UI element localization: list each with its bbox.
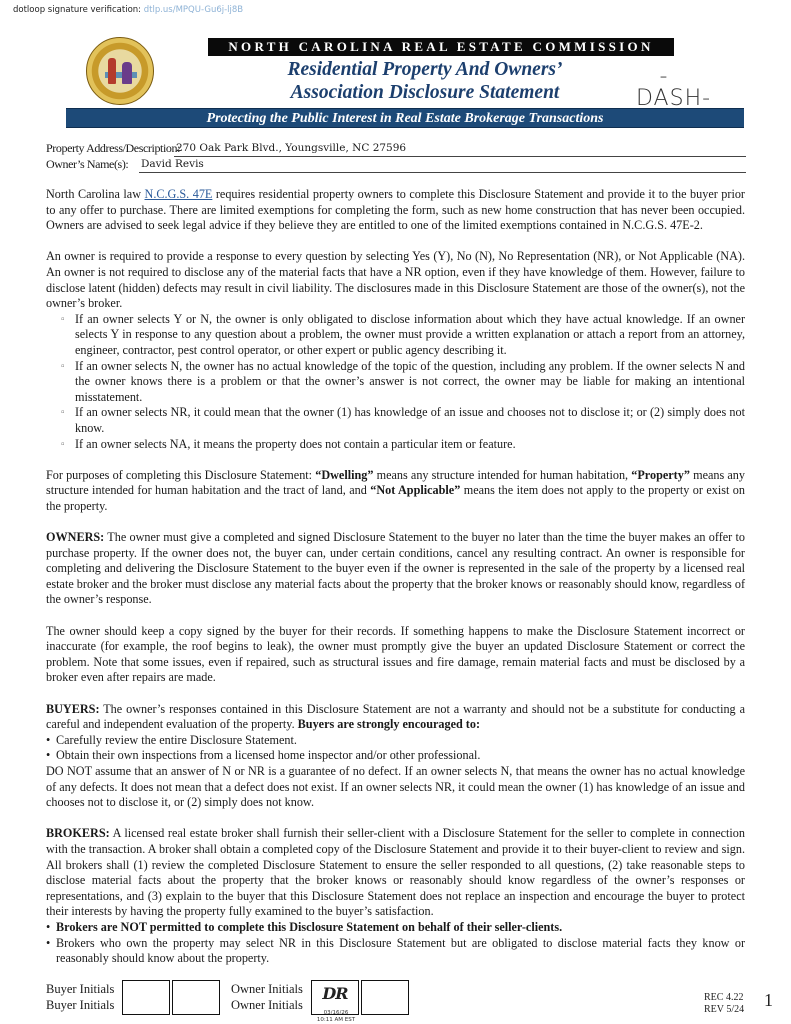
buyers-list: Carefully review the entire Disclosure S… xyxy=(46,733,745,764)
response-instructions: An owner is required to provide a respon… xyxy=(46,249,745,311)
list-item: If an owner selects N, the owner has no … xyxy=(61,359,745,406)
list-item: Carefully review the entire Disclosure S… xyxy=(46,733,745,749)
property-address-field: Property Address/Description: 270 Oak Pa… xyxy=(46,141,746,155)
buyer-initials-labels: Buyer Initials Buyer Initials xyxy=(46,982,114,1013)
buyers-heading: BUYERS: xyxy=(46,702,100,716)
property-address-value[interactable]: 270 Oak Park Blvd., Youngsville, NC 2759… xyxy=(176,141,406,155)
brokers-heading: BROKERS: xyxy=(46,826,110,840)
form-title-line2: Association Disclosure Statement xyxy=(240,81,610,104)
dotloop-verification: dotloop signature verification: dtlp.us/… xyxy=(13,5,243,15)
owner-name-value[interactable]: David Revis xyxy=(141,157,204,171)
owners-section: OWNERS: The owner must give a completed … xyxy=(46,530,745,608)
owners-heading: OWNERS: xyxy=(46,530,104,544)
owner-name-field: Owner’s Name(s): David Revis xyxy=(46,157,746,171)
form-revision: REC 4.22 REV 5/24 xyxy=(704,992,744,1016)
form-title: Residential Property And Owners’ Associa… xyxy=(240,58,610,104)
buyers-section: BUYERS: The owner’s responses contained … xyxy=(46,702,745,811)
definitions-paragraph: For purposes of completing this Disclosu… xyxy=(46,468,745,515)
logo-mark: -DASH- xyxy=(636,66,692,110)
verification-label: dotloop signature verification: xyxy=(13,5,141,15)
commission-banner: NORTH CAROLINA REAL ESTATE COMMISSION xyxy=(208,38,674,56)
form-title-line1: Residential Property And Owners’ xyxy=(240,58,610,81)
owners-copy-paragraph: The owner should keep a copy signed by t… xyxy=(46,624,745,686)
list-item: If an owner selects NA, it means the pro… xyxy=(61,437,745,453)
document-body: North Carolina law N.C.G.S. 47E requires… xyxy=(46,187,745,967)
owner-initials-signature: DR xyxy=(312,984,358,1003)
ncgs-47e-link[interactable]: N.C.G.S. 47E xyxy=(145,187,213,201)
list-item: Brokers are NOT permitted to complete th… xyxy=(46,920,745,936)
owner-initials-labels: Owner Initials Owner Initials xyxy=(231,982,303,1013)
intro-paragraph: North Carolina law N.C.G.S. 47E requires… xyxy=(46,187,745,234)
list-item: Brokers who own the property may select … xyxy=(46,936,745,967)
page-number: 1 xyxy=(764,990,773,1011)
tagline-banner: Protecting the Public Interest in Real E… xyxy=(66,108,744,128)
property-address-label: Property Address/Description: xyxy=(46,141,180,155)
brokers-list: Brokers are NOT permitted to complete th… xyxy=(46,920,745,967)
response-options-list: If an owner selects Y or N, the owner is… xyxy=(61,312,745,452)
nc-state-seal-icon xyxy=(86,37,154,105)
buyer-initials-box-1[interactable] xyxy=(122,980,170,1015)
owner-name-label: Owner’s Name(s): xyxy=(46,157,128,171)
buyers-warning: DO NOT assume that an answer of N or NR … xyxy=(46,764,745,811)
dash-carolina-logo-icon: -DASH- CAROLINA xyxy=(636,66,692,114)
owner-initials-box-2[interactable] xyxy=(361,980,409,1015)
owner-name-underline xyxy=(139,172,746,173)
verification-link[interactable]: dtlp.us/MPQU-Gu6j-lj8B xyxy=(144,5,243,15)
brokers-section: BROKERS: A licensed real estate broker s… xyxy=(46,826,745,966)
list-item: Obtain their own inspections from a lice… xyxy=(46,748,745,764)
list-item: If an owner selects Y or N, the owner is… xyxy=(61,312,745,359)
buyer-initials-box-2[interactable] xyxy=(172,980,220,1015)
list-item: If an owner selects NR, it could mean th… xyxy=(61,405,745,436)
signature-timestamp: 03/16/26 10:11 AM EST xyxy=(310,1010,362,1023)
